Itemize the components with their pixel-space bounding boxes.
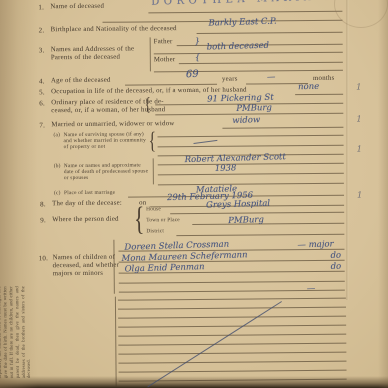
rule bbox=[118, 298, 346, 301]
rule bbox=[154, 70, 343, 73]
field10-number: 10. bbox=[39, 255, 49, 262]
field3-brace-left: { bbox=[195, 54, 201, 63]
field10-extra-dash: — bbox=[307, 285, 316, 294]
rule bbox=[118, 316, 346, 319]
child-row-status: — major bbox=[297, 240, 333, 250]
field9-town-value: PMBurg bbox=[228, 216, 264, 226]
tally-mark: 1 bbox=[357, 191, 363, 201]
continuation-box-edge bbox=[115, 297, 117, 387]
field4-months-dash: — bbox=[267, 73, 276, 82]
field2-value: Barkly East C.P. bbox=[208, 18, 276, 29]
field4-number: 4. bbox=[39, 78, 45, 85]
field7-number: 7. bbox=[39, 122, 45, 129]
field9-number: 9. bbox=[40, 217, 46, 224]
child-row-status: do bbox=[331, 263, 342, 272]
field6-value-line2: PMBurg bbox=[236, 104, 272, 114]
field7a-dash-stroke bbox=[193, 140, 217, 144]
field2-label: Birthplace and Nationality of the deceas… bbox=[51, 26, 177, 34]
rule bbox=[176, 234, 344, 236]
death-notice-document: 1. Name of deceased DOROTHEA MARIA SCOTT… bbox=[0, 0, 388, 388]
field4-label: Age of the deceased bbox=[51, 78, 111, 85]
rule bbox=[148, 11, 342, 14]
field7b-number-label: (b) bbox=[54, 164, 61, 169]
field5-value: none bbox=[298, 83, 319, 92]
tally-mark: 1 bbox=[356, 115, 362, 125]
field7a-number-label: (a) bbox=[53, 133, 60, 138]
rule bbox=[154, 52, 343, 55]
field3-father-label: Father bbox=[154, 39, 173, 46]
field9-label: Where the person died bbox=[52, 217, 119, 224]
field9-brace: { bbox=[134, 203, 145, 236]
tally-mark: 1 bbox=[357, 145, 363, 155]
field3-number: 3. bbox=[39, 47, 45, 54]
rule bbox=[197, 32, 343, 34]
field8-number: 8. bbox=[40, 201, 46, 208]
field3-label-line2: Parents of the deceased bbox=[51, 55, 120, 62]
rule bbox=[118, 343, 346, 346]
field4-value: 69 bbox=[186, 70, 199, 80]
rule bbox=[158, 173, 344, 176]
form-body: 1. Name of deceased DOROTHEA MARIA SCOTT… bbox=[0, 0, 388, 388]
rule bbox=[118, 307, 346, 310]
field10-label-line3: majors or minors bbox=[53, 271, 104, 278]
rule bbox=[192, 223, 344, 225]
rule bbox=[118, 334, 346, 337]
field4-years-label: years bbox=[222, 77, 238, 84]
rule bbox=[118, 361, 346, 364]
rule bbox=[125, 84, 217, 86]
field7b-label-line3: or spouses bbox=[64, 176, 89, 182]
field6-number: 6. bbox=[39, 100, 45, 107]
field7c-label: Place of last marriage bbox=[64, 191, 115, 197]
field7-label: Married or unmarried, widower or widow bbox=[51, 121, 174, 129]
field3-mother-label: Mother bbox=[154, 57, 176, 64]
rule bbox=[118, 325, 346, 328]
rule bbox=[157, 135, 343, 138]
field2-number: 2. bbox=[39, 27, 45, 34]
field7a-label-line3: of property or not bbox=[64, 145, 106, 151]
field7b-value-line2: 1938 bbox=[215, 164, 237, 173]
rule bbox=[222, 127, 343, 129]
rule bbox=[118, 352, 346, 355]
field1-label: Name of deceased bbox=[50, 4, 104, 11]
field9-district-label: District bbox=[146, 229, 164, 235]
field5-number: 5. bbox=[39, 89, 45, 96]
child-row-name: Olga Enid Penman bbox=[125, 263, 205, 274]
tally-mark: 1 bbox=[356, 83, 362, 93]
field3-brace-right: } bbox=[195, 38, 201, 47]
field3-value: both deceased bbox=[207, 42, 270, 52]
field9-town-label: Town or Place bbox=[146, 218, 180, 224]
field6-brace: { bbox=[145, 95, 151, 114]
field9-house-value: Greys Hospital bbox=[206, 200, 270, 210]
rule bbox=[179, 62, 343, 64]
rule bbox=[158, 183, 344, 186]
field9-house-label: House bbox=[146, 207, 161, 213]
rule bbox=[170, 212, 344, 215]
child-row-status: do bbox=[330, 252, 341, 261]
field7b-box-edge bbox=[153, 158, 154, 184]
rule bbox=[119, 370, 347, 373]
margin-instruction-note: separately the children born of marriage… bbox=[0, 286, 33, 378]
field8-label: The day of the decease: bbox=[52, 201, 122, 208]
field1-number: 1. bbox=[38, 4, 44, 11]
field7-value: widow bbox=[232, 116, 260, 125]
rule bbox=[158, 145, 344, 148]
field3-box-edge bbox=[150, 37, 151, 71]
field7a-brace: { bbox=[148, 129, 156, 153]
rule bbox=[295, 94, 343, 95]
fold-crease bbox=[346, 0, 349, 300]
rule bbox=[119, 379, 347, 382]
field10-label-line2: deceased, and whether bbox=[53, 263, 120, 270]
field7c-number-label: (c) bbox=[54, 191, 61, 196]
